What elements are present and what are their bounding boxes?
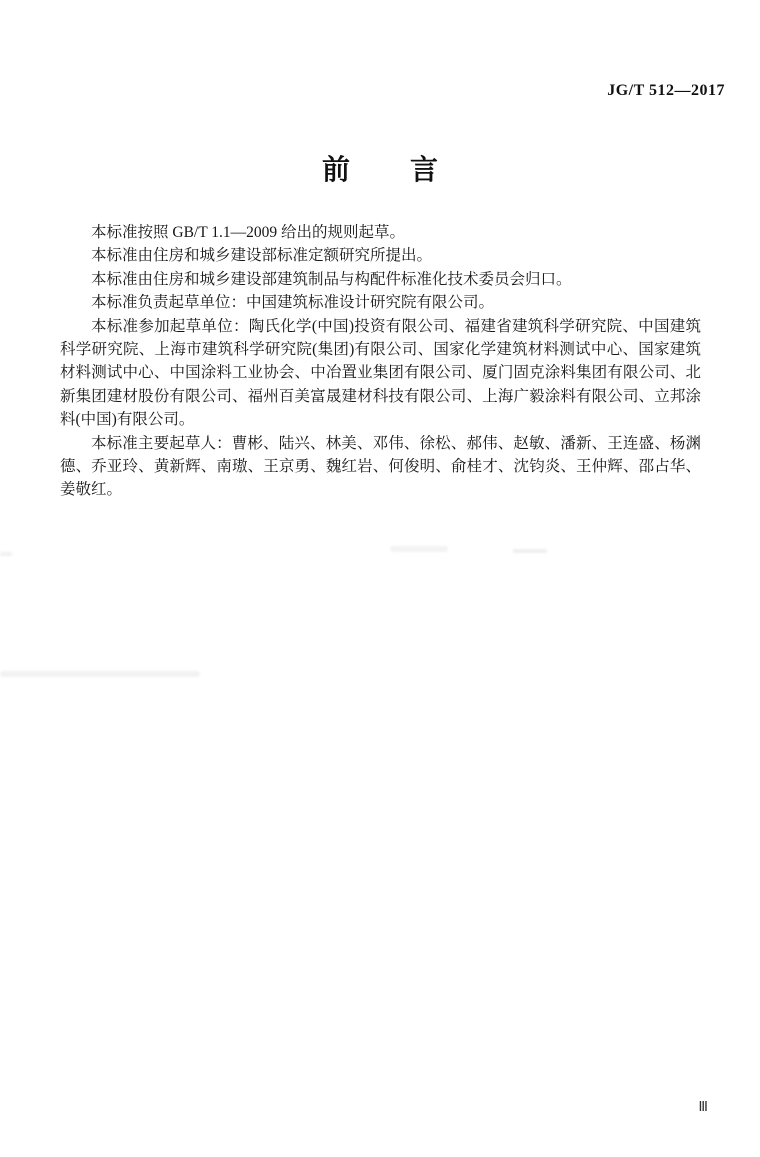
page-title-char-1: 前 [322,148,350,188]
scan-artifact [0,552,12,556]
document-page: JG/T 512—2017 前言 本标准按照 GB/T 1.1—2009 给出的… [0,0,760,1157]
page-title-char-2: 言 [410,148,438,188]
paragraph-chief-drafting-unit: 本标准负责起草单位：中国建筑标准设计研究院有限公司。 [60,291,701,314]
page-number: Ⅲ [698,1099,708,1116]
foreword-body: 本标准按照 GB/T 1.1—2009 给出的规则起草。 本标准由住房和城乡建设… [60,221,701,502]
standard-code: JG/T 512—2017 [607,82,725,100]
paragraph-under-jurisdiction: 本标准由住房和城乡建设部建筑制品与构配件标准化技术委员会归口。 [60,268,701,291]
paragraph-participating-units: 本标准参加起草单位：陶氏化学(中国)投资有限公司、福建省建筑科学研究院、中国建筑… [60,315,701,432]
paragraph-main-drafters: 本标准主要起草人：曹彬、陆兴、林美、邓伟、徐松、郝伟、赵敏、潘新、王连盛、杨渊德… [60,432,701,502]
scan-artifact [390,546,448,552]
scan-artifact [513,549,547,553]
paragraph-proposed-by: 本标准由住房和城乡建设部标准定额研究所提出。 [60,244,701,267]
paragraph-drafting-rule: 本标准按照 GB/T 1.1—2009 给出的规则起草。 [60,221,701,244]
page-title: 前言 [0,148,760,188]
scan-artifact [0,671,200,677]
